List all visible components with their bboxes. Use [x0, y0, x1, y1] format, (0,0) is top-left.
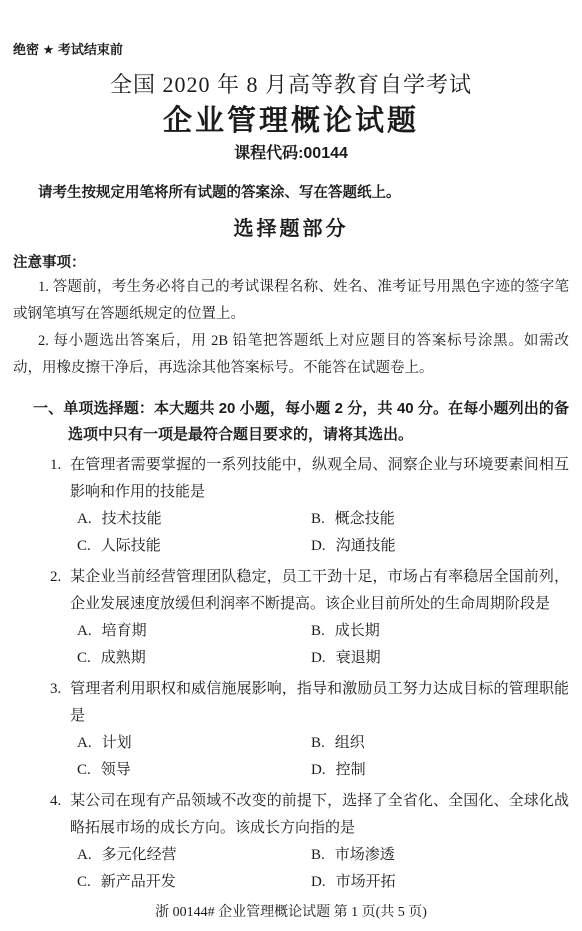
option-label: C. — [77, 762, 91, 778]
question-3-option-b: B.组织 — [311, 730, 569, 757]
classification-banner: 绝密 ★ 考试结束前 — [13, 42, 569, 58]
question-1-number: 1. — [50, 452, 70, 479]
option-label: C. — [77, 874, 91, 890]
option-text: 控制 — [336, 762, 366, 778]
question-4-stem: 4.某公司在现有产品领域不改变的前提下，选择了全省化、全国化、全球化战略拓展市场… — [13, 788, 569, 842]
option-label: A. — [77, 735, 92, 751]
paper-title: 企业管理概论试题 — [13, 102, 569, 140]
note-item-2: 2. 每小题选出答案后，用 2B 铅笔把答题纸上对应题目的答案标号涂黑。如需改动… — [13, 328, 569, 382]
question-3-option-d: D.控制 — [311, 757, 569, 784]
exam-paper-page: 绝密 ★ 考试结束前 全国 2020 年 8 月高等教育自学考试 企业管理概论试… — [0, 0, 582, 931]
question-2-option-d: D.衰退期 — [311, 645, 569, 672]
question-1-option-b: B.概念技能 — [311, 506, 569, 533]
question-2: 2.某企业当前经营管理团队稳定，员工干劲十足，市场占有率稳居全国前列，企业发展速… — [13, 564, 569, 672]
question-2-text: 某企业当前经营管理团队稳定，员工干劲十足，市场占有率稳居全国前列，企业发展速度放… — [70, 569, 569, 612]
option-label: C. — [77, 538, 91, 554]
question-4-option-b: B.市场渗透 — [311, 842, 569, 869]
option-label: B. — [311, 623, 325, 639]
option-text: 培育期 — [102, 623, 147, 639]
note-item-1: 1. 答题前，考生务必将自己的考试课程名称、姓名、准考证号用黑色字迹的签字笔或钢… — [13, 274, 569, 328]
option-text: 计划 — [102, 735, 132, 751]
option-text: 沟通技能 — [336, 538, 396, 554]
option-label: D. — [311, 874, 326, 890]
option-text: 成熟期 — [101, 650, 146, 666]
option-label: A. — [77, 511, 92, 527]
question-1-options: A.技术技能 B.概念技能 C.人际技能 D.沟通技能 — [77, 506, 569, 560]
question-3-text: 管理者利用职权和威信施展影响，指导和激励员工努力达成目标的管理职能是 — [70, 681, 569, 724]
option-text: 领导 — [101, 762, 131, 778]
pen-instruction: 请考生按规定用笔将所有试题的答案涂、写在答题纸上。 — [13, 182, 569, 204]
question-4-options: A.多元化经营 B.市场渗透 C.新产品开发 D.市场开拓 — [77, 842, 569, 896]
question-1-stem: 1.在管理者需要掌握的一系列技能中，纵观全局、洞察企业与环境要素间相互影响和作用… — [13, 452, 569, 506]
option-label: B. — [311, 735, 325, 751]
option-label: A. — [77, 623, 92, 639]
question-2-option-a: A.培育期 — [77, 618, 311, 645]
part-one-heading: 一、单项选择题：本大题共 20 小题，每小题 2 分，共 40 分。在每小题列出… — [33, 396, 569, 448]
option-text: 衰退期 — [336, 650, 381, 666]
option-text: 市场开拓 — [336, 874, 396, 890]
question-4-text: 某公司在现有产品领域不改变的前提下，选择了全省化、全国化、全球化战略拓展市场的成… — [70, 793, 569, 836]
question-4-option-a: A.多元化经营 — [77, 842, 311, 869]
question-2-number: 2. — [50, 564, 70, 591]
option-label: C. — [77, 650, 91, 666]
question-3-options: A.计划 B.组织 C.领导 D.控制 — [77, 730, 569, 784]
option-label: D. — [311, 538, 326, 554]
question-2-stem: 2.某企业当前经营管理团队稳定，员工干劲十足，市场占有率稳居全国前列，企业发展速… — [13, 564, 569, 618]
question-4: 4.某公司在现有产品领域不改变的前提下，选择了全省化、全国化、全球化战略拓展市场… — [13, 788, 569, 896]
question-4-option-d: D.市场开拓 — [311, 869, 569, 896]
notes-heading: 注意事项： — [13, 252, 569, 274]
question-2-option-b: B.成长期 — [311, 618, 569, 645]
question-1: 1.在管理者需要掌握的一系列技能中，纵观全局、洞察企业与环境要素间相互影响和作用… — [13, 452, 569, 560]
question-1-option-c: C.人际技能 — [77, 533, 311, 560]
option-text: 人际技能 — [101, 538, 161, 554]
question-2-option-c: C.成熟期 — [77, 645, 311, 672]
part-one-heading-text: 单项选择题：本大题共 20 小题，每小题 2 分，共 40 分。在每小题列出的备… — [63, 400, 569, 443]
option-label: A. — [77, 847, 92, 863]
question-3-stem: 3.管理者利用职权和威信施展影响，指导和激励员工努力达成目标的管理职能是 — [13, 676, 569, 730]
course-code: 课程代码:00144 — [13, 142, 569, 166]
question-1-option-d: D.沟通技能 — [311, 533, 569, 560]
page-footer: 浙 00144# 企业管理概论试题 第 1 页(共 5 页) — [13, 902, 569, 924]
option-text: 成长期 — [335, 623, 380, 639]
question-1-text: 在管理者需要掌握的一系列技能中，纵观全局、洞察企业与环境要素间相互影响和作用的技… — [70, 457, 569, 500]
option-text: 新产品开发 — [101, 874, 176, 890]
option-text: 概念技能 — [335, 511, 395, 527]
question-2-options: A.培育期 B.成长期 C.成熟期 D.衰退期 — [77, 618, 569, 672]
option-text: 技术技能 — [102, 511, 162, 527]
question-3-number: 3. — [50, 676, 70, 703]
question-1-option-a: A.技术技能 — [77, 506, 311, 533]
option-label: B. — [311, 511, 325, 527]
question-3-option-a: A.计划 — [77, 730, 311, 757]
option-label: D. — [311, 762, 326, 778]
question-3: 3.管理者利用职权和威信施展影响，指导和激励员工努力达成目标的管理职能是 A.计… — [13, 676, 569, 784]
option-text: 多元化经营 — [102, 847, 177, 863]
option-text: 组织 — [335, 735, 365, 751]
question-4-option-c: C.新产品开发 — [77, 869, 311, 896]
option-label: B. — [311, 847, 325, 863]
option-label: D. — [311, 650, 326, 666]
option-text: 市场渗透 — [335, 847, 395, 863]
question-4-number: 4. — [50, 788, 70, 815]
question-3-option-c: C.领导 — [77, 757, 311, 784]
section-title: 选择题部分 — [13, 214, 569, 244]
part-one-heading-number: 一、 — [33, 400, 63, 417]
exam-title: 全国 2020 年 8 月高等教育自学考试 — [13, 70, 569, 100]
